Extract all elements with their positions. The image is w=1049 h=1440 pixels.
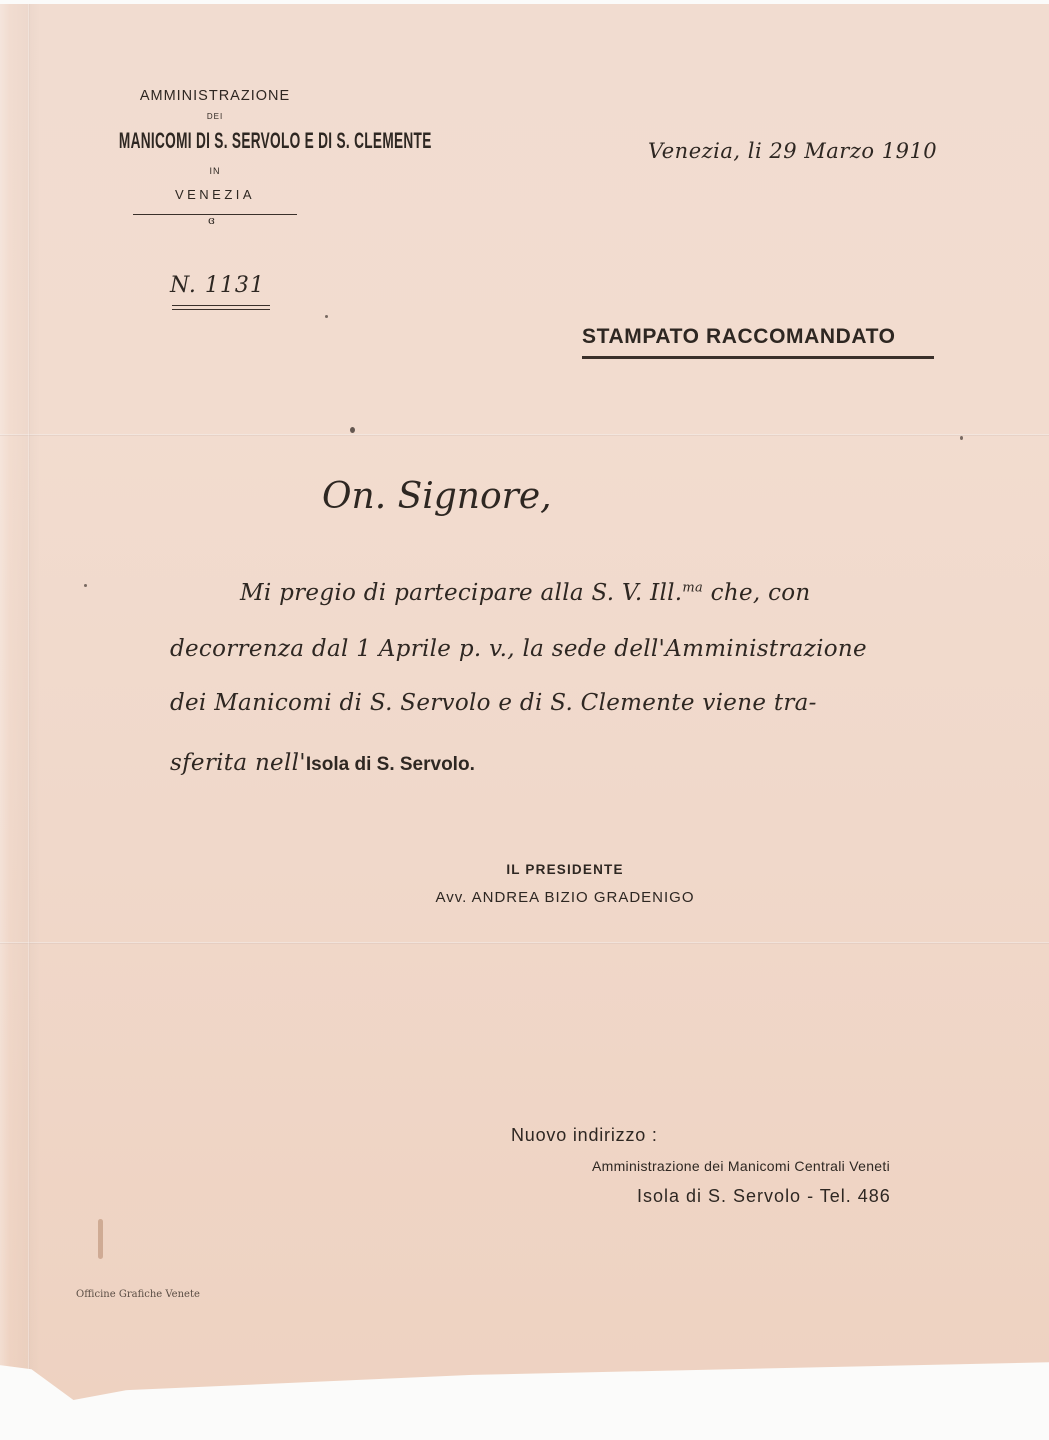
mail-type-heading: STAMPATO RACCOMANDATO [582, 325, 896, 349]
signature-name: Avv. ANDREA BIZIO GRADENIGO [400, 889, 730, 906]
fold-line-lower [0, 942, 1049, 944]
body-line-4-script: sferita nell' [170, 750, 306, 776]
body-line-1-text: Mi pregio di partecipare alla S. V. Ill. [240, 580, 682, 606]
body-line-4-location: Isola di S. Servolo. [306, 754, 475, 775]
protocol-underline [172, 309, 270, 310]
printer-credit: Officine Grafiche Venete [76, 1289, 200, 1300]
letterhead-rule [133, 214, 297, 215]
letter-date: Venezia, li 29 Marzo 1910 [648, 139, 937, 163]
letterhead-institution: MANICOMI DI S. SERVOLO E DI S. CLEMENTE [119, 128, 311, 154]
letterhead-ornament-icon: ɞ [208, 214, 215, 227]
body-line-1: Mi pregio di partecipare alla S. V. Ill.… [240, 580, 811, 606]
body-line-4: sferita nell'Isola di S. Servolo. [170, 750, 475, 776]
protocol-underline [172, 305, 270, 306]
letterhead-dei: DEI [60, 112, 370, 121]
protocol-number: N. 1131 [170, 273, 265, 298]
ink-speck [350, 427, 355, 433]
ink-speck [84, 584, 87, 587]
ink-speck [325, 315, 328, 318]
new-address-label: Nuovo indirizzo : [511, 1125, 658, 1146]
new-address-organization: Amministrazione dei Manicomi Centrali Ve… [592, 1158, 890, 1174]
mail-type-underline [582, 356, 934, 359]
ink-speck [960, 436, 963, 440]
new-address-place: Isola di S. Servolo - Tel. 486 [637, 1186, 891, 1207]
letterhead-city: VENEZIA [60, 187, 370, 202]
salutation: On. Signore, [322, 476, 552, 517]
letterhead-in: IN [60, 166, 370, 176]
stain-mark [98, 1219, 103, 1259]
letterhead-administration: AMMINISTRAZIONE [60, 88, 370, 104]
body-line-1-end: che, con [703, 580, 810, 606]
body-line-2: decorrenza dal 1 Aprile p. v., la sede d… [170, 636, 867, 662]
fold-line-upper [0, 434, 1049, 436]
signature-title: IL PRESIDENTE [400, 862, 730, 877]
fold-line-left [28, 4, 30, 1400]
body-line-1-superscript: ma [682, 580, 703, 595]
body-line-3: dei Manicomi di S. Servolo e di S. Cleme… [170, 690, 817, 716]
